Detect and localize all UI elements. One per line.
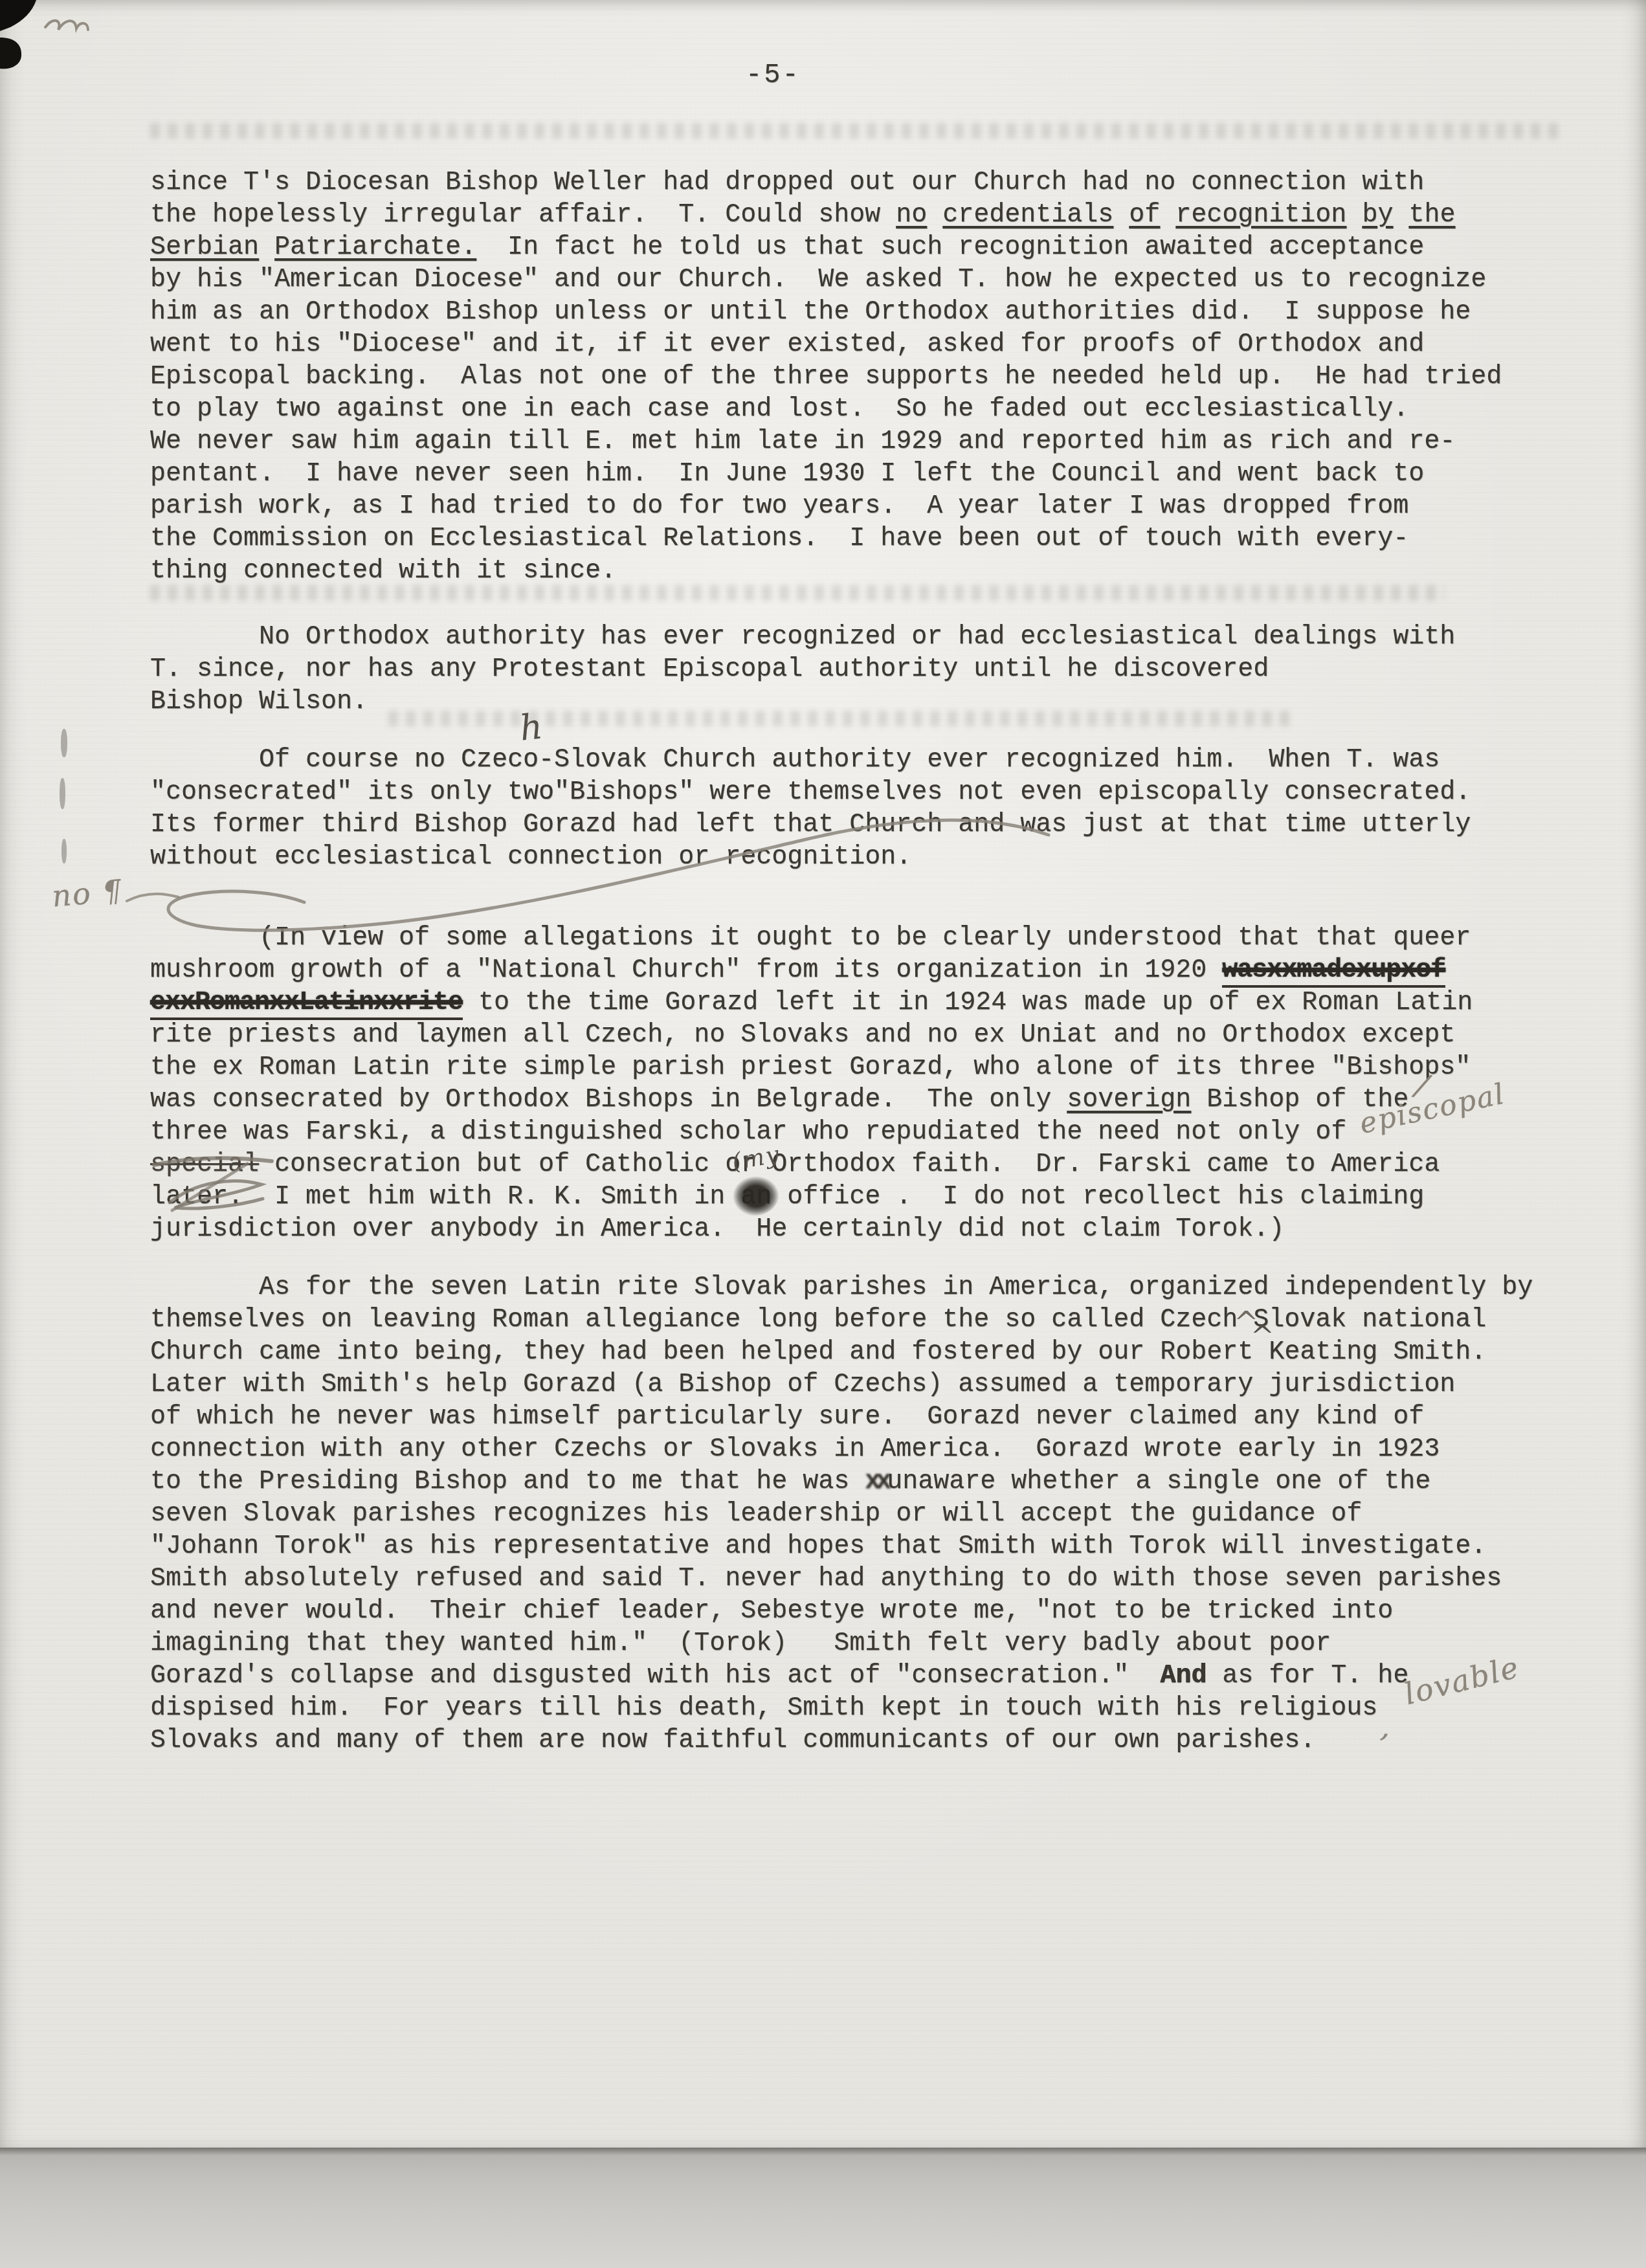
typed-text: the Commission on Ecclesiastical Relatio…: [150, 524, 1408, 553]
typed-line: Episcopal backing. Alas not one of the t…: [150, 361, 1502, 394]
typed-line: mushroom growth of a "National Church" f…: [150, 955, 1445, 987]
typed-line: of which he never was himself particular…: [150, 1401, 1424, 1434]
underlined-text: credentials: [942, 201, 1113, 230]
typed-line: (In view of some allegations it ought to…: [150, 922, 1471, 955]
typed-text: seven Slovak parishes recognizes his lea…: [150, 1500, 1362, 1529]
underlined-text: Serbian: [150, 233, 259, 262]
typed-line: "consecrated" its only two"Bishops" were…: [150, 777, 1471, 809]
typed-text: Episcopal backing. Alas not one of the t…: [150, 362, 1502, 392]
underlined-text: of: [1129, 201, 1160, 230]
typed-text: [1160, 201, 1175, 230]
struck-out-text: wasxxmadexupxof: [1222, 956, 1445, 988]
typed-line: imagining that they wanted him." (Torok)…: [150, 1628, 1331, 1660]
typed-line: thing connected with it since.: [150, 555, 616, 588]
typed-line: T. since, nor has any Protestant Episcop…: [150, 654, 1269, 686]
typed-text: Slovaks and many of them are now faithfu…: [150, 1726, 1315, 1755]
typed-text: parish work, as I had tried to do for tw…: [150, 492, 1408, 521]
typed-text: dispised him. For years till his death, …: [150, 1694, 1377, 1723]
ink-smudge: xx: [865, 1467, 887, 1496]
typed-text: to the time Gorazd left it in 1924 was m…: [463, 988, 1473, 1017]
typed-text: rite priests and laymen all Czech, no Sl…: [150, 1021, 1455, 1050]
typed-text: unaware whether a single one of the: [887, 1467, 1430, 1496]
typed-text: [1113, 201, 1129, 230]
underlined-text: by: [1362, 201, 1393, 230]
struck-word: special: [150, 1150, 259, 1179]
typed-line: dispised him. For years till his death, …: [150, 1693, 1377, 1725]
typed-line: As for the seven Latin rite Slovak paris…: [150, 1272, 1533, 1304]
typed-text: three was Farski, a distinguished schola…: [150, 1118, 1346, 1147]
typed-line: three was Farski, a distinguished schola…: [150, 1117, 1346, 1149]
typed-text: Church came into being, they had been he…: [150, 1338, 1486, 1367]
typed-text: as for T. he: [1207, 1662, 1408, 1691]
typed-text: connection with any other Czechs or Slov…: [150, 1435, 1440, 1464]
typed-text: "Johann Torok" as his representative and…: [150, 1532, 1486, 1561]
typed-text: to the Presiding Bishop and to me that h…: [150, 1467, 865, 1496]
scanned-document-page: -5- since T's Diocesan Bishop Weller had…: [0, 0, 1646, 2268]
typed-line: Later with Smith's help Gorazd (a Bishop…: [150, 1369, 1455, 1401]
typed-line: the hopelessly irregular affair. T. Coul…: [150, 199, 1455, 232]
typed-text: In fact he told us that such recognition…: [476, 233, 1424, 262]
typed-text: was consecrated by Orthodox Bishops in B…: [150, 1085, 1067, 1115]
typed-line: without ecclesiastical connection or rec…: [150, 841, 911, 874]
typed-text: imagining that they wanted him." (Torok)…: [150, 1629, 1331, 1658]
typed-text: Its former third Bishop Gorazd had left …: [150, 810, 1471, 839]
typed-line: Smith absolutely refused and said T. nev…: [150, 1563, 1502, 1595]
typed-line: later. I met him with R. K. Smith in an …: [150, 1181, 1424, 1214]
typed-text: themselves on leaving Roman allegiance l…: [150, 1306, 1486, 1335]
typed-text: Bishop Wilson.: [150, 687, 368, 717]
typed-line: Bishop Wilson.: [150, 686, 368, 718]
typed-line: exxRomanxxLatinxxrite to the time Gorazd…: [150, 987, 1473, 1019]
typed-text: of which he never was himself particular…: [150, 1403, 1424, 1432]
typed-line: jurisdiction over anybody in America. He…: [150, 1214, 1284, 1246]
typed-text: [927, 201, 942, 230]
typed-line: the ex Roman Latin rite simple parish pr…: [150, 1052, 1471, 1084]
typed-line: by his "American Diocese" and our Church…: [150, 264, 1486, 296]
typed-text: office . I do not recollect his claiming: [772, 1183, 1424, 1212]
typed-text: T. since, nor has any Protestant Episcop…: [150, 655, 1269, 684]
typed-text: "consecrated" its only two"Bishops" were…: [150, 778, 1471, 807]
typed-text: (In view of some allegations it ought to…: [150, 924, 1471, 953]
typed-line: Of course no Czeco-Slovak Church authori…: [150, 744, 1440, 777]
typed-line: Slovaks and many of them are now faithfu…: [150, 1725, 1315, 1757]
typed-line: the Commission on Ecclesiastical Relatio…: [150, 523, 1408, 555]
typed-text: him as an Orthodox Bishop unless or unti…: [150, 298, 1471, 327]
typed-text: Bishop of the: [1191, 1085, 1408, 1115]
typed-line: him as an Orthodox Bishop unless or unti…: [150, 296, 1471, 329]
typed-line: since T's Diocesan Bishop Weller had dro…: [150, 167, 1424, 199]
typed-text: by his "American Diocese" and our Church…: [150, 265, 1486, 295]
typed-line: seven Slovak parishes recognizes his lea…: [150, 1498, 1362, 1531]
typed-line: rite priests and laymen all Czech, no Sl…: [150, 1019, 1455, 1052]
typed-line: to play two against one in each case and…: [150, 394, 1408, 426]
typed-line: to the Presiding Bishop and to me that h…: [150, 1466, 1430, 1498]
typed-text: and never would. Their chief leader, Seb…: [150, 1597, 1393, 1626]
typed-text: mushroom growth of a "National Church" f…: [150, 956, 1222, 985]
typed-text: without ecclesiastical connection or rec…: [150, 843, 911, 872]
struck-out-text: exxRomanxxLatinxxrite: [150, 988, 463, 1020]
typed-line: themselves on leaving Roman allegiance l…: [150, 1304, 1486, 1337]
typed-text: thing connected with it since.: [150, 557, 616, 586]
underlined-text: soverign: [1067, 1085, 1191, 1115]
typed-line: special consecration but of Catholic or …: [150, 1149, 1440, 1181]
typed-line: pentant. I have never seen him. In June …: [150, 458, 1424, 491]
typed-text: jurisdiction over anybody in America. He…: [150, 1215, 1284, 1244]
underlined-text: the: [1408, 201, 1455, 230]
typed-line: Its former third Bishop Gorazd had left …: [150, 809, 1471, 841]
typed-text: Smith absolutely refused and said T. nev…: [150, 1564, 1502, 1594]
typed-line: and never would. Their chief leader, Seb…: [150, 1595, 1393, 1628]
typed-text: [1393, 201, 1408, 230]
typed-text: We never saw him again till E. met him l…: [150, 427, 1455, 456]
typed-text: Of course no Czeco-Slovak Church authori…: [150, 746, 1440, 775]
typed-text: to play two against one in each case and…: [150, 395, 1408, 424]
typed-text: since T's Diocesan Bishop Weller had dro…: [150, 168, 1424, 197]
typed-text: the ex Roman Latin rite simple parish pr…: [150, 1053, 1471, 1082]
typed-line: "Johann Torok" as his representative and…: [150, 1531, 1486, 1563]
typed-line: parish work, as I had tried to do for tw…: [150, 491, 1408, 523]
typed-line: Serbian Patriarchate. In fact he told us…: [150, 232, 1424, 264]
typed-line: connection with any other Czechs or Slov…: [150, 1434, 1440, 1466]
typed-text: Later with Smith's help Gorazd (a Bishop…: [150, 1370, 1455, 1399]
typed-text: the hopelessly irregular affair. T. Coul…: [150, 201, 896, 230]
typed-text: [259, 233, 274, 262]
typed-text: [1346, 201, 1362, 230]
underlined-text: Patriarchate.: [274, 233, 476, 262]
typed-text: later. I met him with R. K. Smith in: [150, 1183, 740, 1212]
underlined-text: recognition: [1175, 201, 1346, 230]
underlined-text: no: [896, 201, 927, 230]
typed-text: consecration but of Catholic or Orthodox…: [259, 1150, 1440, 1179]
ink-blot-word: an: [740, 1183, 772, 1212]
typed-text: Gorazd's collapse and disgusted with his…: [150, 1662, 1160, 1691]
typed-text: went to his "Diocese" and it, if it ever…: [150, 330, 1424, 359]
typed-text-layer: since T's Diocesan Bishop Weller had dro…: [0, 0, 1646, 2268]
typed-line: Church came into being, they had been he…: [150, 1337, 1486, 1369]
typed-text: As for the seven Latin rite Slovak paris…: [150, 1273, 1533, 1302]
typed-line: was consecrated by Orthodox Bishops in B…: [150, 1084, 1408, 1117]
typed-line: Gorazd's collapse and disgusted with his…: [150, 1660, 1408, 1693]
bold-text: And: [1160, 1662, 1207, 1691]
typed-line: went to his "Diocese" and it, if it ever…: [150, 329, 1424, 361]
typed-line: We never saw him again till E. met him l…: [150, 426, 1455, 458]
typed-line: No Orthodox authority has ever recognize…: [150, 621, 1455, 654]
typed-text: No Orthodox authority has ever recognize…: [150, 623, 1455, 652]
typed-text: pentant. I have never seen him. In June …: [150, 460, 1424, 489]
